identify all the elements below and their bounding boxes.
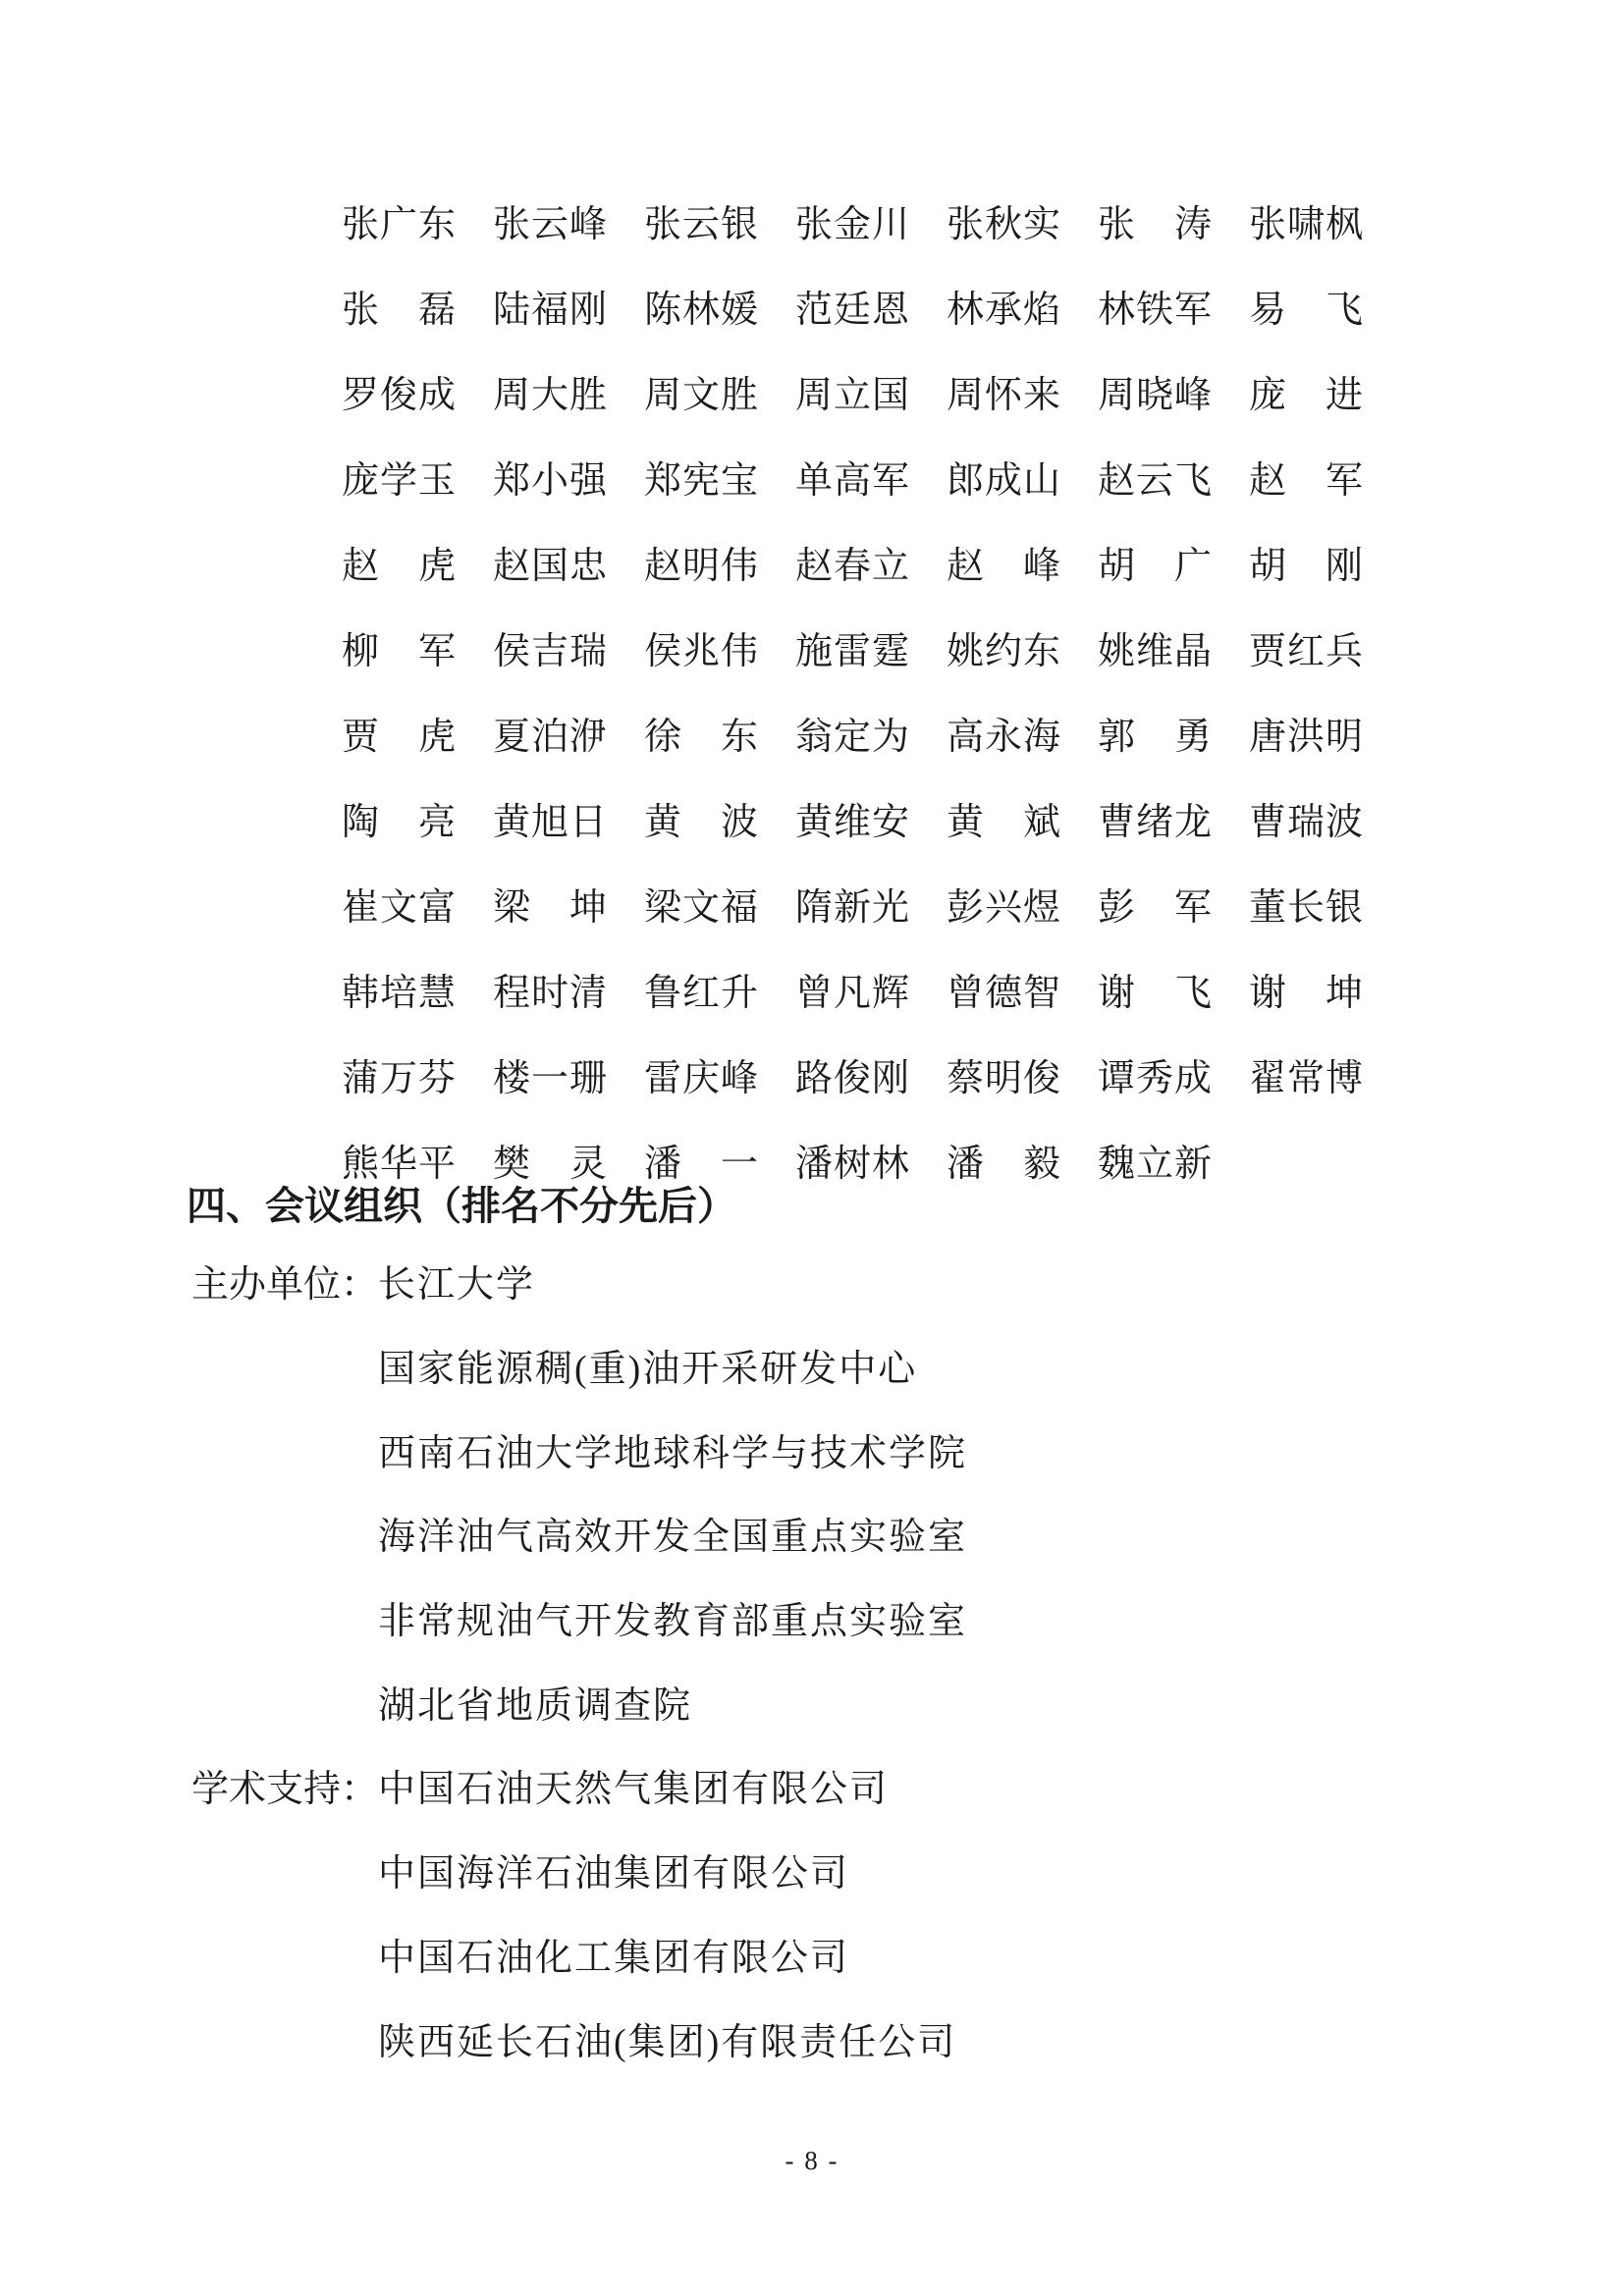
attendee-name: 张啸枫 [1249, 183, 1400, 268]
attendee-name: 赵云飞 [1098, 439, 1249, 524]
org-line: 陕西延长石油(集团)有限责任公司 [191, 1996, 1429, 2080]
org-name: 中国石油化工集团有限公司 [378, 1927, 849, 1981]
org-line: 学术支持：中国石油天然气集团有限公司 [191, 1743, 1429, 1828]
host-unit-block: 主办单位：长江大学国家能源稠(重)油开采研发中心西南石油大学地球科学与技术学院海… [191, 1239, 1429, 1743]
attendee-name: 赵 军 [1249, 439, 1400, 524]
attendee-name: 周晓峰 [1098, 353, 1249, 439]
attendee-name: 郭 勇 [1098, 695, 1249, 780]
attendee-name: 胡 刚 [1249, 524, 1400, 610]
attendee-name: 郑宪宝 [644, 439, 795, 524]
attendee-name: 施雷霆 [795, 610, 947, 695]
attendee-name: 周怀来 [947, 353, 1098, 439]
attendee-name: 张 涛 [1098, 183, 1249, 268]
attendee-name: 彭兴煜 [947, 866, 1098, 951]
attendee-name: 夏泊洢 [493, 695, 644, 780]
attendee-name: 潘树林 [795, 1122, 947, 1207]
org-name: 长江大学 [378, 1254, 535, 1308]
attendee-name: 林承焰 [947, 268, 1098, 353]
section-heading: 四、会议组织（排名不分先后） [187, 1174, 736, 1239]
page-number: - 8 - [0, 2146, 1624, 2176]
org-name: 国家能源稠(重)油开采研发中心 [378, 1338, 917, 1392]
attendee-name: 柳 军 [342, 610, 493, 695]
attendee-name: 周大胜 [493, 353, 644, 439]
attendee-name: 陆福刚 [493, 268, 644, 353]
attendee-name: 姚维晶 [1098, 610, 1249, 695]
attendee-row: 陶 亮黄旭日黄 波黄维安黄 斌曹绪龙曹瑞波 [342, 780, 1422, 866]
attendee-name: 郑小强 [493, 439, 644, 524]
attendee-name: 林铁军 [1098, 268, 1249, 353]
attendee-name: 姚约东 [947, 610, 1098, 695]
attendee-name: 赵春立 [795, 524, 947, 610]
attendee-name: 徐 东 [644, 695, 795, 780]
attendee-name: 董长银 [1249, 866, 1400, 951]
org-line: 海洋油气高效开发全国重点实验室 [191, 1491, 1429, 1575]
organization-section: 主办单位：长江大学国家能源稠(重)油开采研发中心西南石油大学地球科学与技术学院海… [191, 1239, 1429, 2080]
attendee-name: 黄 波 [644, 780, 795, 866]
attendee-name: 赵 虎 [342, 524, 493, 610]
attendee-name: 彭 军 [1098, 866, 1249, 951]
attendee-name: 黄维安 [795, 780, 947, 866]
attendee-name: 翁定为 [795, 695, 947, 780]
attendee-name: 张 磊 [342, 268, 493, 353]
attendee-name: 梁文福 [644, 866, 795, 951]
org-name: 中国海洋石油集团有限公司 [378, 1842, 849, 1896]
attendee-name: 高永海 [947, 695, 1098, 780]
attendee-name: 蒲万芬 [342, 1037, 493, 1122]
attendee-name: 隋新光 [795, 866, 947, 951]
document-page: 张广东张云峰张云银张金川张秋实张 涛张啸枫张 磊陆福刚陈林媛范廷恩林承焰林铁军易… [0, 0, 1624, 2296]
attendee-row: 贾 虎夏泊洢徐 东翁定为高永海郭 勇唐洪明 [342, 695, 1422, 780]
org-name: 陕西延长石油(集团)有限责任公司 [378, 2011, 956, 2065]
attendee-name: 梁 坤 [493, 866, 644, 951]
org-role-label: 主办单位： [191, 1254, 378, 1308]
attendee-name: 赵 峰 [947, 524, 1098, 610]
attendee-name: 翟常博 [1249, 1037, 1400, 1122]
attendee-row: 庞学玉郑小强郑宪宝单高军郎成山赵云飞赵 军 [342, 439, 1422, 524]
attendee-name: 罗俊成 [342, 353, 493, 439]
attendee-name: 曾德智 [947, 951, 1098, 1037]
attendee-name: 范廷恩 [795, 268, 947, 353]
attendee-name: 单高军 [795, 439, 947, 524]
org-line: 非常规油气开发教育部重点实验室 [191, 1575, 1429, 1660]
attendee-name: 胡 广 [1098, 524, 1249, 610]
attendee-name: 贾 虎 [342, 695, 493, 780]
attendee-name: 贾红兵 [1249, 610, 1400, 695]
attendee-name: 周立国 [795, 353, 947, 439]
attendee-name: 陈林媛 [644, 268, 795, 353]
attendee-name: 谭秀成 [1098, 1037, 1249, 1122]
attendee-name: 曾凡辉 [795, 951, 947, 1037]
attendee-row: 崔文富梁 坤梁文福隋新光彭兴煜彭 军董长银 [342, 866, 1422, 951]
attendee-name: 张云峰 [493, 183, 644, 268]
org-name: 非常规油气开发教育部重点实验室 [378, 1590, 967, 1644]
org-name: 中国石油天然气集团有限公司 [378, 1758, 889, 1812]
attendee-row: 柳 军侯吉瑞侯兆伟施雷霆姚约东姚维晶贾红兵 [342, 610, 1422, 695]
attendee-name: 侯吉瑞 [493, 610, 644, 695]
org-name: 西南石油大学地球科学与技术学院 [378, 1422, 967, 1476]
org-line: 西南石油大学地球科学与技术学院 [191, 1407, 1429, 1491]
attendee-row: 张 磊陆福刚陈林媛范廷恩林承焰林铁军易 飞 [342, 268, 1422, 353]
attendee-name: 谢 飞 [1098, 951, 1249, 1037]
attendee-name: 曹绪龙 [1098, 780, 1249, 866]
attendee-name: 楼一珊 [493, 1037, 644, 1122]
org-line: 国家能源稠(重)油开采研发中心 [191, 1323, 1429, 1408]
attendee-name: 蔡明俊 [947, 1037, 1098, 1122]
attendee-name: 程时清 [493, 951, 644, 1037]
org-role-label: 学术支持： [191, 1758, 378, 1812]
org-name: 湖北省地质调查院 [378, 1675, 692, 1729]
attendee-name: 张广东 [342, 183, 493, 268]
attendee-name: 庞 进 [1249, 353, 1400, 439]
attendee-row: 韩培慧程时清鲁红升曾凡辉曾德智谢 飞谢 坤 [342, 951, 1422, 1037]
attendee-name: 谢 坤 [1249, 951, 1400, 1037]
attendee-row: 罗俊成周大胜周文胜周立国周怀来周晓峰庞 进 [342, 353, 1422, 439]
attendee-name: 赵国忠 [493, 524, 644, 610]
attendee-name: 路俊刚 [795, 1037, 947, 1122]
org-line: 中国石油化工集团有限公司 [191, 1912, 1429, 1997]
attendee-name: 赵明伟 [644, 524, 795, 610]
attendee-name: 庞学玉 [342, 439, 493, 524]
attendee-name: 郎成山 [947, 439, 1098, 524]
attendee-row: 张广东张云峰张云银张金川张秋实张 涛张啸枫 [342, 183, 1422, 268]
attendee-name: 侯兆伟 [644, 610, 795, 695]
attendee-name: 张秋实 [947, 183, 1098, 268]
attendee-name: 鲁红升 [644, 951, 795, 1037]
attendee-name: 陶 亮 [342, 780, 493, 866]
org-name: 海洋油气高效开发全国重点实验室 [378, 1506, 967, 1560]
org-line: 湖北省地质调查院 [191, 1659, 1429, 1743]
attendee-name: 黄 斌 [947, 780, 1098, 866]
attendee-grid: 张广东张云峰张云银张金川张秋实张 涛张啸枫张 磊陆福刚陈林媛范廷恩林承焰林铁军易… [342, 183, 1422, 1207]
attendee-name: 崔文富 [342, 866, 493, 951]
attendee-name: 黄旭日 [493, 780, 644, 866]
attendee-name: 易 飞 [1249, 268, 1400, 353]
attendee-name: 唐洪明 [1249, 695, 1400, 780]
org-line: 中国海洋石油集团有限公司 [191, 1828, 1429, 1912]
attendee-name: 魏立新 [1098, 1122, 1249, 1207]
academic-support-block: 学术支持：中国石油天然气集团有限公司中国海洋石油集团有限公司中国石油化工集团有限… [191, 1743, 1429, 2080]
org-line: 主办单位：长江大学 [191, 1239, 1429, 1323]
attendee-name: 周文胜 [644, 353, 795, 439]
attendee-name: 潘 毅 [947, 1122, 1098, 1207]
attendee-row: 赵 虎赵国忠赵明伟赵春立赵 峰胡 广胡 刚 [342, 524, 1422, 610]
attendee-name: 雷庆峰 [644, 1037, 795, 1122]
attendee-name: 韩培慧 [342, 951, 493, 1037]
attendee-name: 曹瑞波 [1249, 780, 1400, 866]
attendee-name: 张云银 [644, 183, 795, 268]
attendee-name: 张金川 [795, 183, 947, 268]
attendee-row: 蒲万芬楼一珊雷庆峰路俊刚蔡明俊谭秀成翟常博 [342, 1037, 1422, 1122]
